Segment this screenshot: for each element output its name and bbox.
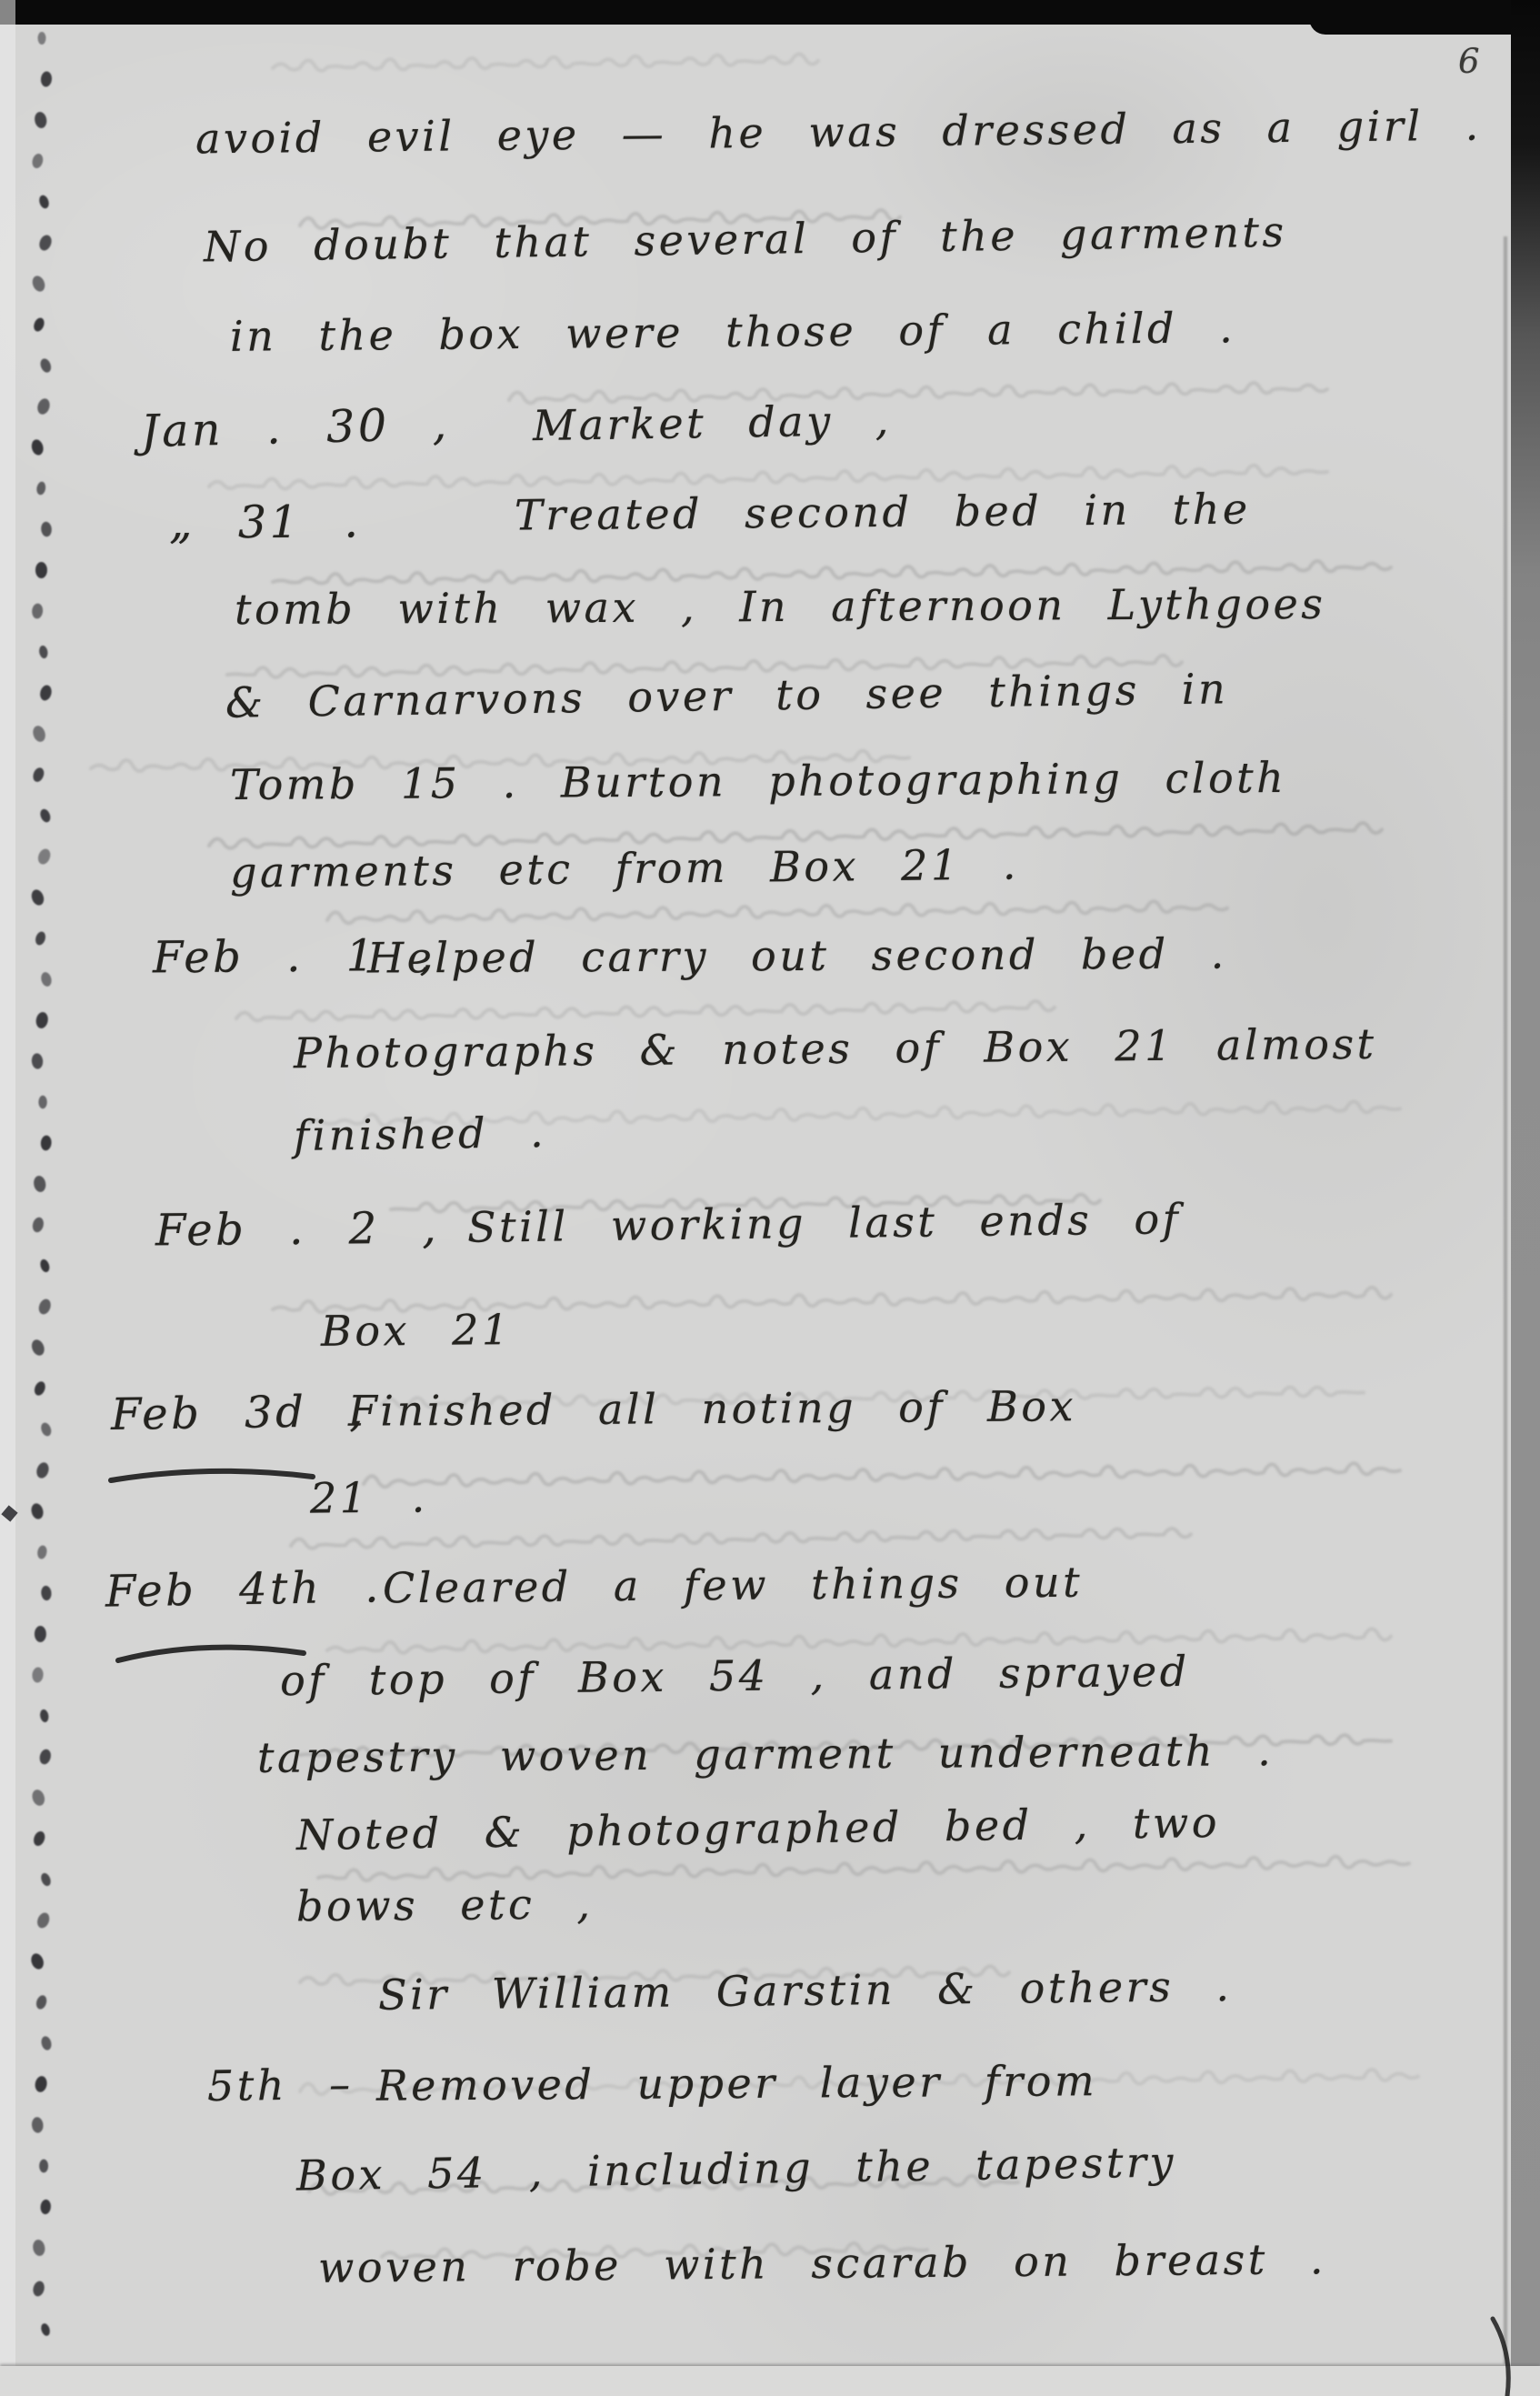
binding-stitch — [40, 71, 53, 87]
entry-date-feb-5: 5th – — [207, 2060, 354, 2110]
handwritten-line: Sir William Garstin & others . — [378, 1961, 1233, 2020]
binding-stitch — [38, 1748, 53, 1765]
handwritten-line: tapestry woven garment underneath . — [257, 1726, 1275, 1782]
handwritten-line: Helped carry out second bed . — [367, 929, 1227, 983]
scanned-diary-page: 6 avoid evil eye — he was dressed as a g… — [0, 0, 1540, 2396]
handwritten-line: Cleared a few things out — [383, 1558, 1084, 1613]
binding-stitch — [33, 1175, 47, 1193]
bleed-through-squiggle — [318, 1857, 1409, 1880]
binding-stitch — [38, 807, 52, 824]
binding-stitch — [30, 438, 45, 456]
binding-stitch — [35, 1994, 48, 2010]
binding-stitch — [35, 1911, 52, 1930]
binding-stitch — [35, 1011, 49, 1029]
binding-stitch — [30, 274, 46, 293]
paper-left-edge — [0, 0, 15, 2396]
date-underline — [107, 1462, 318, 1489]
binding-stitch — [31, 2117, 44, 2134]
binding-stitch — [35, 1626, 46, 1642]
binding-stitch — [32, 2239, 46, 2257]
page-corner-curl-line — [1473, 2317, 1536, 2396]
binding-stitch — [31, 1216, 45, 1233]
page-number: 6 — [1458, 42, 1480, 81]
binding-stitch — [30, 1338, 47, 1357]
binding-stitch — [33, 1380, 47, 1398]
binding-stitch — [40, 971, 54, 987]
handwritten-line: Removed upper layer from — [376, 2056, 1097, 2110]
binding-stitch — [34, 930, 47, 947]
handwritten-line: Box 21 — [321, 1305, 512, 1356]
handwritten-line: Finished all noting of Box — [348, 1381, 1076, 1436]
bleed-through-squiggle — [273, 54, 818, 70]
bleed-through-squiggle — [291, 1529, 1191, 1549]
binding-stitch — [36, 1545, 48, 1560]
bleed-through-squiggle — [236, 1001, 1055, 1020]
binding-stitch — [37, 234, 54, 253]
binding-stitch — [39, 1421, 53, 1438]
handwritten-line: 21 . — [310, 1472, 428, 1522]
binding-stitch — [31, 153, 45, 170]
binding-stitch — [38, 1096, 46, 1108]
binding-stitch — [41, 1585, 53, 1600]
bleed-through-squiggle — [327, 901, 1227, 923]
binding-stitch — [35, 562, 47, 578]
binding-stitch — [32, 1667, 45, 1683]
binding-stitch — [39, 1258, 51, 1274]
binding-stitch — [39, 357, 54, 375]
binding-stitch — [38, 645, 49, 659]
entry-date-jan-30: Jan . 30 , — [140, 398, 450, 457]
binding-stitch — [32, 2280, 46, 2297]
binding-stitch — [39, 2160, 48, 2173]
binding-stitch — [35, 1461, 51, 1480]
handwritten-line: Market day , — [533, 396, 893, 450]
binding-stitch — [41, 521, 53, 536]
binding-stitch — [34, 111, 48, 129]
handwritten-line: in the box were those of a child . — [230, 303, 1236, 361]
binding-stitch — [37, 194, 50, 209]
page-bottom-edge — [0, 2366, 1540, 2396]
binding-stitch — [38, 684, 53, 702]
scan-top-right-edge — [1309, 0, 1540, 35]
binding-stitch — [40, 1135, 52, 1151]
binding-stitch — [29, 1951, 45, 1970]
binding-stitch — [32, 316, 46, 333]
entry-date-feb-2: Feb . 2 , — [155, 1203, 440, 1257]
binding-stitch — [40, 2322, 52, 2337]
binding-stitch — [36, 1298, 53, 1316]
binding-stitch — [40, 2199, 52, 2214]
handwritten-line: finished . — [294, 1108, 547, 1160]
handwritten-line: Tomb 15 . Burton photographing cloth — [230, 753, 1287, 809]
paper-right-edge-line — [1504, 236, 1507, 2364]
binding-stitch — [34, 2075, 48, 2093]
binding-stitch — [36, 847, 53, 866]
handwritten-line: of top of Box 54 , and sprayed — [280, 1647, 1190, 1705]
scan-right-edge — [1511, 0, 1540, 2396]
binding-stitch — [40, 2035, 53, 2051]
binding-stitch — [39, 1871, 52, 1887]
binding-stitch — [31, 603, 43, 619]
binding-stitch — [31, 766, 45, 783]
handwritten-line: garments etc from Box 21 . — [230, 839, 1019, 897]
binding-stitch — [39, 1709, 50, 1723]
binding-stitch — [32, 1830, 47, 1847]
binding-stitch — [29, 887, 45, 907]
entry-date-feb-3: Feb 3d , — [111, 1386, 367, 1440]
binding-stitch — [38, 32, 46, 45]
binding-stitch — [35, 481, 46, 496]
binding-stitch — [30, 1502, 45, 1520]
bleed-through-squiggle — [364, 1463, 1400, 1487]
binding-stitch — [31, 724, 47, 743]
handwritten-line: Photographs & notes of Box 21 almost — [294, 1019, 1377, 1078]
binding-stitch — [31, 1053, 44, 1069]
entry-date-feb-4: Feb 4th . — [105, 1561, 383, 1617]
handwritten-line: Still working last ends of — [467, 1194, 1182, 1252]
binding-stitch — [35, 397, 52, 416]
handwritten-line: tomb with wax , In afternoon Lythgoes — [235, 579, 1326, 634]
handwritten-line: bows etc , — [296, 1880, 594, 1931]
binding-stitch — [30, 1788, 46, 1807]
entry-date-jan-31: „ 31 . — [169, 496, 362, 548]
handwritten-line: woven robe with scarab on breast . — [318, 2234, 1326, 2292]
handwritten-line: Treated second bed in the — [515, 484, 1251, 539]
